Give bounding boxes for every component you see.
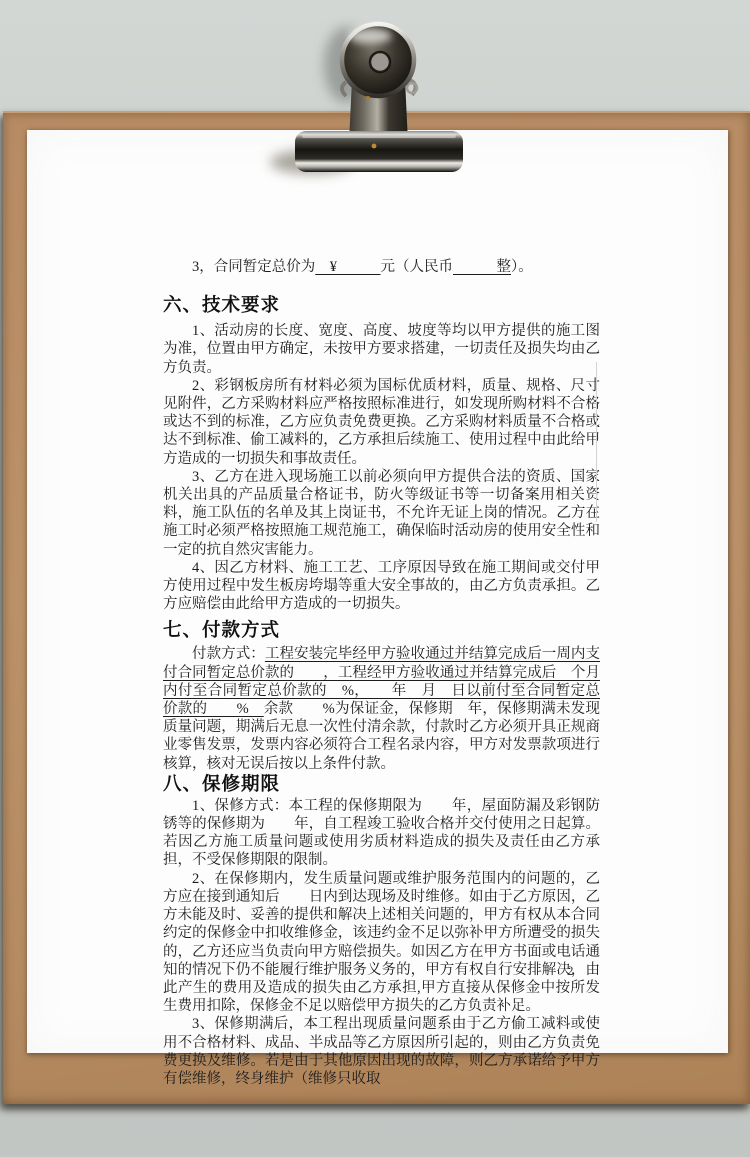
text-run: 付款方式： — [192, 646, 265, 662]
contract-text-block: 3，合同暂定总价为 ¥ 元（人民币 整）。六、技术要求1、活动房的长度、宽度、高… — [163, 258, 600, 1088]
text-run: 元（人民币 — [381, 259, 454, 275]
section-heading: 七、付款方式 — [163, 620, 600, 643]
contract-paragraph: 1、保修方式：本工程的保修期限为 年，屋面防漏及彩钢防锈等的保修期为 年，自工程… — [163, 797, 600, 870]
text-run: 4、因乙方材料、施工工艺、工序原因导致在施工期间或交付甲方使用过程中发生板房垮塌… — [163, 560, 600, 612]
contract-paragraph: 2、在保修期内，发生质量问题或维护服务范围内的问题的，乙方应在接到通知后 日内到… — [163, 870, 600, 1016]
text-run: 2、彩钢板房所有材料必须为国标优质材料，质量、规格、尺寸见附件，乙方采购材料应严… — [163, 378, 600, 467]
contract-paragraph: 3，合同暂定总价为 ¥ 元（人民币 整）。 — [163, 258, 600, 276]
text-run: 1、保修方式：本工程的保修期限为 年，屋面防漏及彩钢防锈等的保修期为 年，自工程… — [163, 798, 600, 869]
section-heading: 六、技术要求 — [163, 295, 600, 318]
contract-paragraph: 4、因乙方材料、施工工艺、工序原因导致在施工期间或交付甲方使用过程中发生板房垮塌… — [163, 559, 600, 614]
text-run: 3、乙方在进入现场施工以前必须向甲方提供合法的资质、国家机关出具的产品质量合格证… — [163, 469, 600, 558]
contract-paragraph: 3、保修期满后，本工程出现质量问题系由于乙方偷工减料或使用不合格材料、成品、半成… — [163, 1015, 600, 1088]
text-run: 六、技术要求 — [163, 296, 280, 316]
photo-scene: 3，合同暂定总价为 ¥ 元（人民币 整）。六、技术要求1、活动房的长度、宽度、高… — [0, 0, 750, 1157]
fill-in-blank-underline: 整 — [453, 259, 511, 275]
text-run: 3、保修期满后，本工程出现质量问题系由于乙方偷工减料或使用不合格材料、成品、半成… — [163, 1016, 600, 1087]
contract-paragraph: 1、活动房的长度、宽度、高度、坡度等均以甲方提供的施工图为准，位置由甲方确定，未… — [163, 322, 600, 377]
contract-paragraph: 2、彩钢板房所有材料必须为国标优质材料，质量、规格、尺寸见附件，乙方采购材料应严… — [163, 377, 600, 468]
page-number: 2 — [567, 963, 574, 979]
text-run: 2、在保修期内，发生质量问题或维护服务范围内的问题的，乙方应在接到通知后 日内到… — [163, 871, 600, 1014]
section-heading: 八、保修期限 — [163, 774, 600, 797]
text-run: 1、活动房的长度、宽度、高度、坡度等均以甲方提供的施工图为准，位置由甲方确定，未… — [163, 323, 600, 375]
contract-page: 3，合同暂定总价为 ¥ 元（人民币 整）。六、技术要求1、活动房的长度、宽度、高… — [27, 130, 728, 1053]
text-run: ）。 — [511, 259, 533, 275]
fill-in-blank-underline: ¥ — [315, 259, 380, 275]
contract-paragraph: 付款方式：工程安装完毕经甲方验收通过并结算完成后一周内支付合同暂定总价款的 ，工… — [163, 645, 600, 772]
contract-paragraph: 3、乙方在进入现场施工以前必须向甲方提供合法的资质、国家机关出具的产品质量合格证… — [163, 468, 600, 559]
binder-clip-icon — [250, 10, 500, 210]
text-run: 3，合同暂定总价为 — [192, 259, 315, 275]
text-run: 七、付款方式 — [163, 621, 280, 641]
scan-artifact-line — [596, 362, 597, 522]
text-run: 八、保修期限 — [163, 775, 280, 795]
